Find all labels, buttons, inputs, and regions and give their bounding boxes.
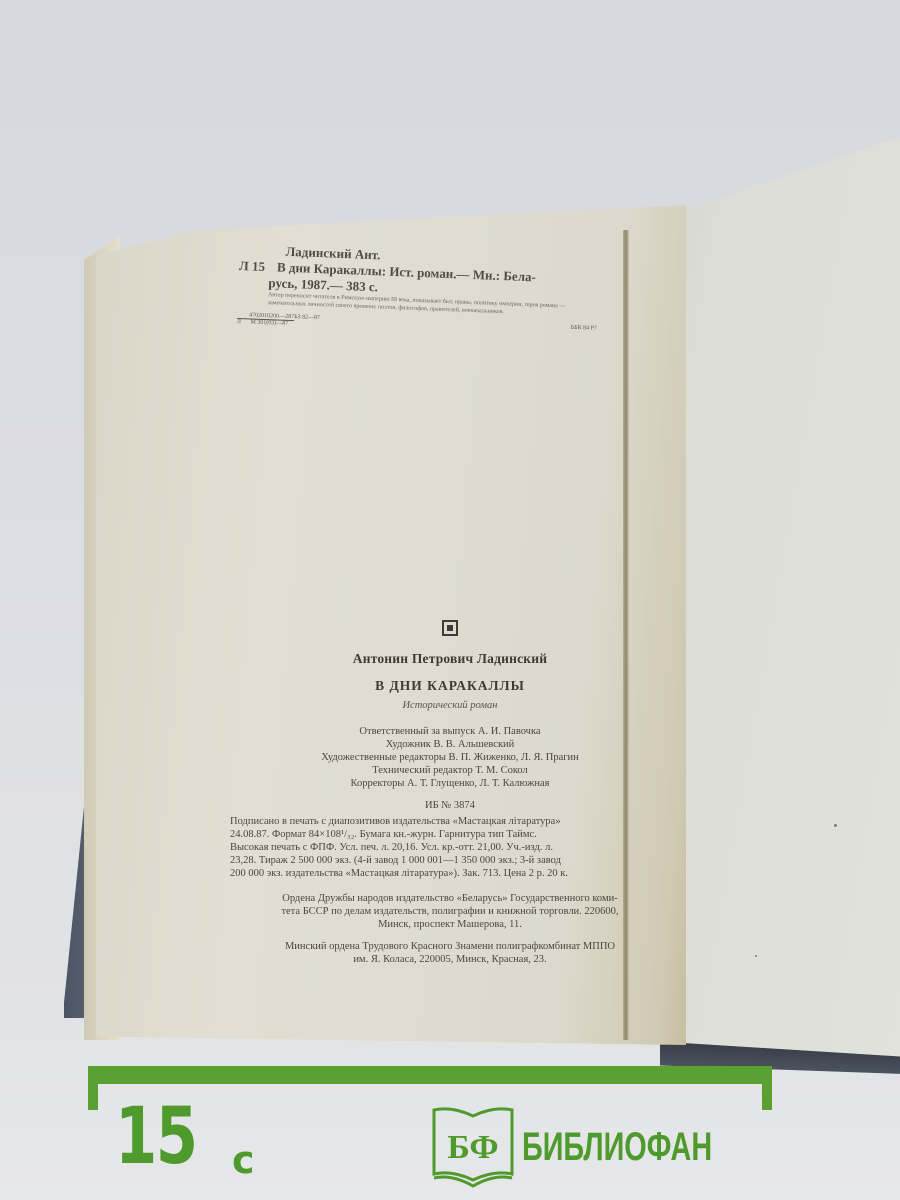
brand-name: БИБЛИОФАН (522, 1125, 712, 1170)
printer-info: Минский ордена Трудового Красного Знамен… (230, 940, 670, 966)
book-author: Антонин Петрович Ладинский (230, 651, 670, 667)
catalog-code: БЗ 82—87 (294, 314, 320, 322)
printer-line: им. Я. Коласа, 220005, Минск, Красная, 2… (230, 953, 670, 966)
ib-number: ИБ № 3874 (230, 800, 670, 811)
print-line: Подписано в печать с диапозитивов издате… (230, 815, 670, 828)
credit-line: Ответственный за выпуск А. И. Павочка (230, 725, 670, 738)
publisher-mark-icon (442, 620, 458, 636)
print-details: Подписано в печать с диапозитивов издате… (230, 815, 670, 880)
imprint-block: Антонин Петрович Ладинский В ДНИ КАРАКАЛ… (230, 620, 670, 966)
paper-spot (755, 955, 757, 957)
shop-brand: БФ БИБЛИОФАН (432, 1106, 786, 1188)
open-book-logo-icon: БФ (432, 1106, 514, 1188)
catalog-bbk: ББК 84 Р7 (571, 325, 597, 333)
price-label-frame (88, 1066, 772, 1084)
credit-line: Технический редактор Т. М. Сокол (230, 764, 670, 777)
paper-spot (834, 824, 837, 827)
publisher-line: Минск, проспект Машерова, 11. (230, 918, 670, 931)
print-line: 24.08.87. Формат 84×108¹/₃₂. Бумага кн.-… (230, 828, 670, 841)
price-unit: с (232, 1138, 255, 1182)
print-line: 23,28. Тираж 2 500 000 экз. (4-й завод 1… (230, 854, 670, 867)
publisher-info: Ордена Дружбы народов издательство «Бела… (230, 892, 670, 931)
credit-line: Художественные редакторы В. П. Жиженко, … (230, 751, 670, 764)
printer-line: Минский ордена Трудового Красного Знамен… (230, 940, 670, 953)
catalog-index: Л 15 (239, 258, 266, 275)
brand-icon-text: БФ (447, 1129, 498, 1166)
credit-line: Художник В. В. Альшевский (230, 738, 670, 751)
credit-line: Корректоры А. Т. Глущенко, Л. Т. Калюжна… (230, 777, 670, 790)
publisher-line: тета БССР по делам издательств, полиграф… (230, 905, 670, 918)
print-line: 200 000 экз. издательства «Мастацкая літ… (230, 867, 670, 880)
catalog-code-prefix: Л (237, 319, 241, 325)
book-title: В ДНИ КАРАКАЛЛЫ (230, 678, 670, 694)
print-line: Высокая печать с ФПФ. Усл. печ. л. 20,16… (230, 841, 670, 854)
book-genre: Исторический роман (230, 700, 670, 711)
publisher-line: Ордена Дружбы народов издательство «Бела… (230, 892, 670, 905)
catalog-card: Ладинский Ант. Л 15 В дни Каракаллы: Ист… (237, 242, 600, 339)
credits-list: Ответственный за выпуск А. И. Павочка Ху… (230, 725, 670, 790)
price-value: 15 (115, 1092, 197, 1182)
